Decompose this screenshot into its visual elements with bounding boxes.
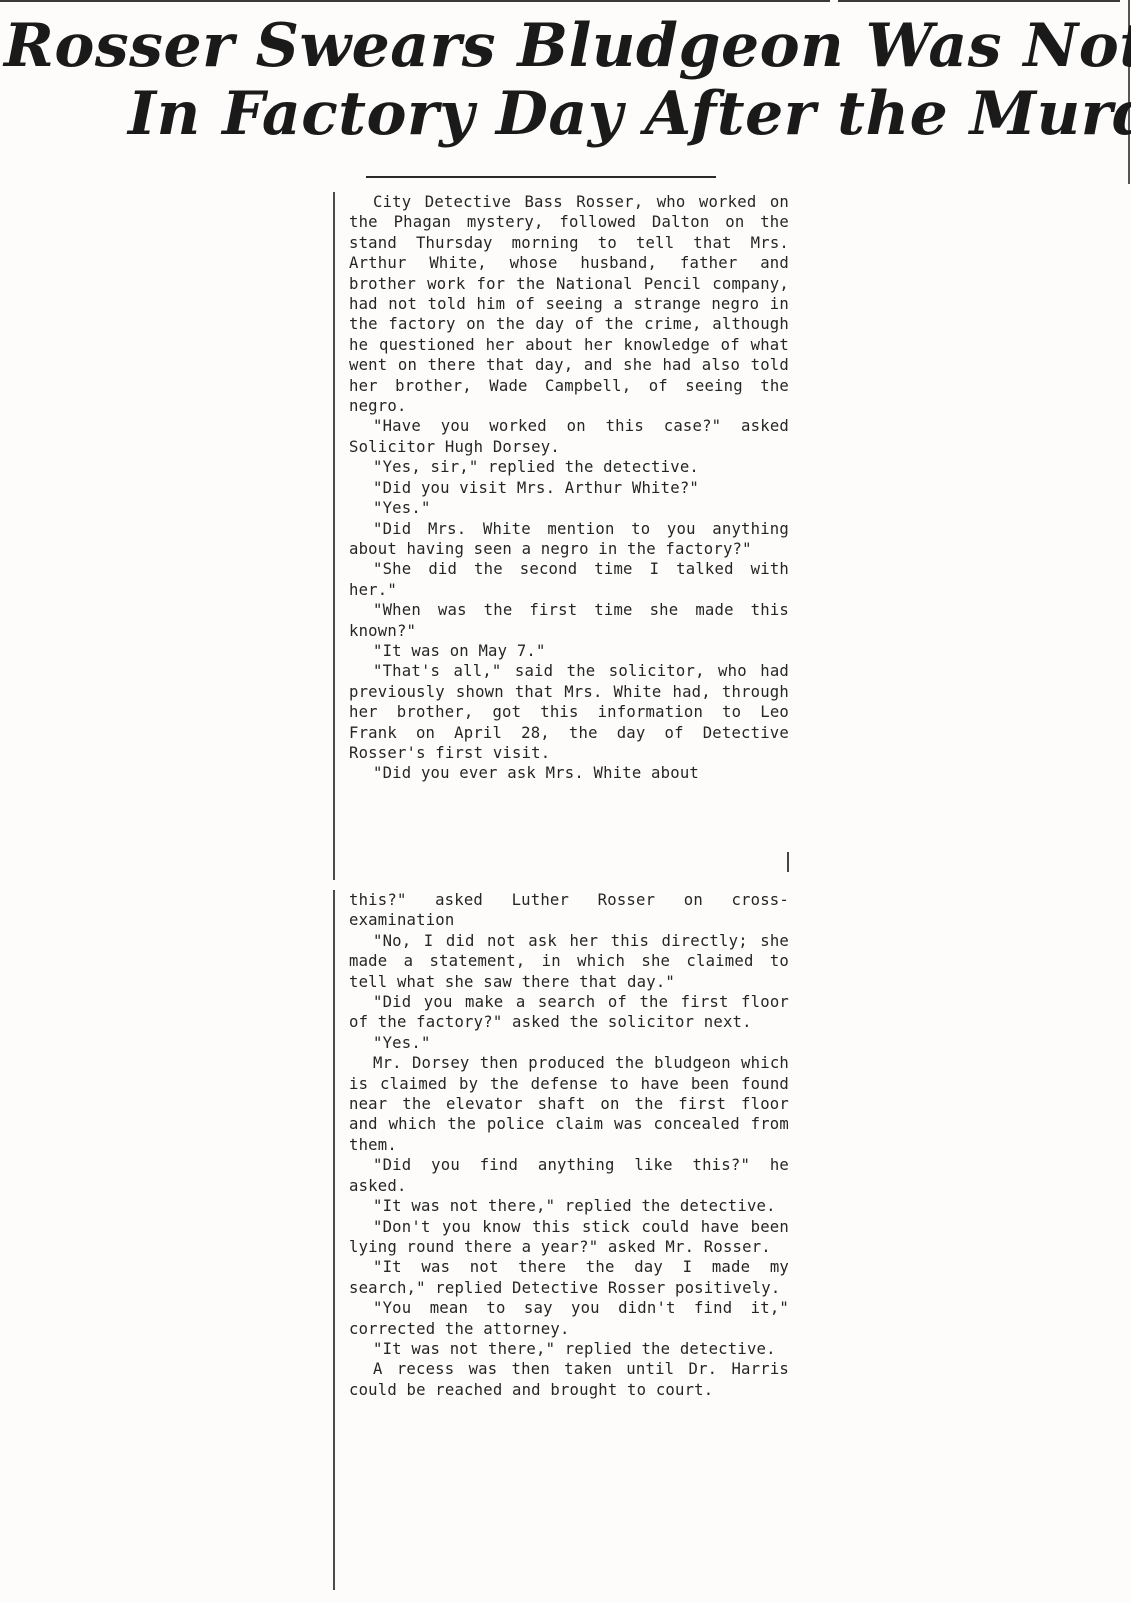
article-paragraph: "Did Mrs. White mention to you anything … (349, 519, 789, 560)
article-paragraph: Mr. Dorsey then produced the bludgeon wh… (349, 1053, 789, 1155)
headline: Rosser Swears Bludgeon Was Not In Factor… (0, 12, 1131, 148)
article-paragraph: "Yes." (349, 1033, 789, 1053)
article-paragraph: "It was not there the day I made my sear… (349, 1257, 789, 1298)
article-paragraph: "Yes." (349, 498, 789, 518)
top-border-rule-right (838, 0, 1120, 2)
article-paragraph: "Did you find anything like this?" he as… (349, 1155, 789, 1196)
article-paragraph: "No, I did not ask her this directly; sh… (349, 931, 789, 992)
article-column-segment-2: this?" asked Luther Rosser on cross-exam… (333, 890, 789, 1590)
article-paragraph: "It was not there," replied the detectiv… (349, 1339, 789, 1359)
article-column-segment-1: City Detective Bass Rosser, who worked o… (333, 192, 789, 880)
article-paragraph: "Yes, sir," replied the detective. (349, 457, 789, 477)
article-paragraph: "Don't you know this stick could have be… (349, 1217, 789, 1258)
article-paragraph: City Detective Bass Rosser, who worked o… (349, 192, 789, 416)
article-paragraph: "It was not there," replied the detectiv… (349, 1196, 789, 1216)
article-paragraph: "Did you visit Mrs. Arthur White?" (349, 478, 789, 498)
article-paragraph: "Have you worked on this case?" asked So… (349, 416, 789, 457)
article-paragraph: A recess was then taken until Dr. Harris… (349, 1359, 789, 1400)
article-paragraph-continuation: this?" asked Luther Rosser on cross-exam… (349, 890, 789, 931)
top-border-rule-left (0, 0, 830, 2)
article-paragraph: "That's all," said the solicitor, who ha… (349, 661, 789, 763)
headline-rule (366, 176, 716, 178)
headline-line-1: Rosser Swears Bludgeon Was Not (0, 12, 1131, 80)
headline-line-2: In Factory Day After the Murder (0, 80, 1131, 148)
article-paragraph: "When was the first time she made this k… (349, 600, 789, 641)
article-paragraph: "You mean to say you didn't find it," co… (349, 1298, 789, 1339)
article-paragraph: "It was on May 7." (349, 641, 789, 661)
article-paragraph: "Did you ever ask Mrs. White about (349, 763, 789, 783)
article-paragraph: "She did the second time I talked with h… (349, 559, 789, 600)
article-paragraph: "Did you make a search of the first floo… (349, 992, 789, 1033)
